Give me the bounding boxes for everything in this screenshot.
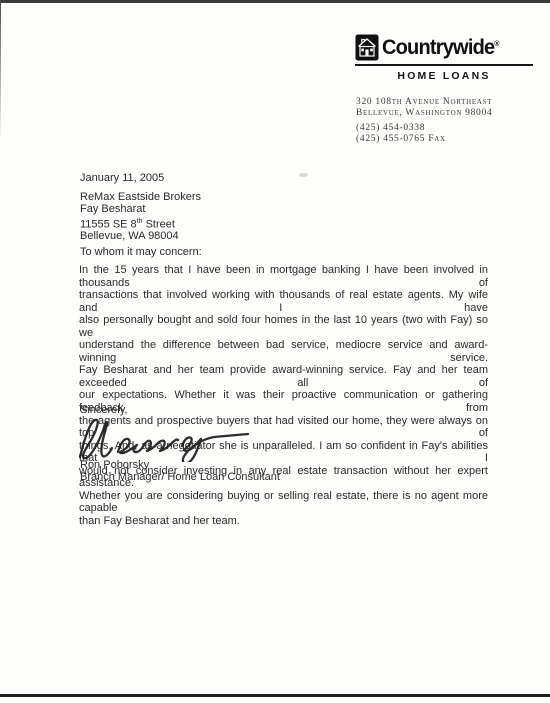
signer-title: Branch Manager/ Home Loan Consultant (80, 471, 280, 483)
text-line: understand the difference between bad se… (79, 339, 488, 364)
letter-date: January 11, 2005 (80, 172, 164, 185)
letterhead-address-block: 320 108th Avenue NortheastBellevue, Wash… (356, 97, 492, 144)
division-name: HOME LOANS (355, 70, 533, 82)
scanned-letter-page: Countrywide® HOME LOANS 320 108th Avenue… (0, 0, 550, 703)
office-phone-lines: (425) 454-0338(425) 455-0765 Fax (356, 123, 492, 144)
text-line: Fay Besharat and her team provide award-… (79, 364, 488, 389)
text-line: 320 108th Avenue Northeast (356, 97, 492, 108)
text-line: In the 15 years that I have been in mort… (79, 264, 488, 289)
brand-wordmark: Countrywide® (382, 32, 500, 61)
text-line: our expectations. Whether it was their p… (79, 389, 488, 414)
logo-row: Countrywide® (355, 34, 533, 61)
recipient-city: Bellevue, WA 98004 (80, 231, 201, 243)
recipient-address-block: ReMax Eastside Brokers Fay Besharat 1155… (80, 192, 201, 243)
text-line: also personally bought and sold four hom… (79, 314, 488, 339)
letter-body-paragraph: In the 15 years that I have been in mort… (79, 264, 488, 527)
office-address-lines: 320 108th Avenue NortheastBellevue, Wash… (356, 97, 492, 118)
salutation: To whom it may concern: (80, 246, 202, 258)
scan-top-edge (0, 0, 550, 3)
text-line: (425) 455-0765 Fax (356, 134, 492, 145)
signer-block: Ron Poborsky Branch Manager/ Home Loan C… (80, 459, 280, 484)
handwritten-signature (74, 412, 260, 462)
recipient-street: 11555 SE 8th Street (80, 216, 201, 232)
text-line: Bellevue, Washington 98004 (356, 108, 492, 119)
brand-name: Countrywide (382, 36, 494, 60)
house-logo-icon (355, 34, 379, 61)
text-line: transactions that involved working with … (79, 289, 488, 314)
signer-name: Ron Poborsky (80, 459, 280, 471)
recipient-street-number: 11555 SE 8 (80, 218, 137, 230)
text-line: than Fay Besharat and her team. (79, 515, 488, 528)
scan-bottom-edge (0, 694, 550, 697)
scan-speck (299, 173, 308, 177)
text-line: (425) 454-0338 (356, 123, 492, 134)
text-line: Whether you are considering buying or se… (79, 490, 488, 515)
logo-divider-rule (355, 64, 533, 66)
recipient-name: Fay Besharat (80, 204, 201, 216)
scan-left-edge (0, 0, 1, 140)
letterhead-logo-block: Countrywide® HOME LOANS (355, 34, 533, 82)
registered-trademark-symbol: ® (494, 41, 499, 49)
recipient-street-suffix: Street (143, 218, 175, 230)
